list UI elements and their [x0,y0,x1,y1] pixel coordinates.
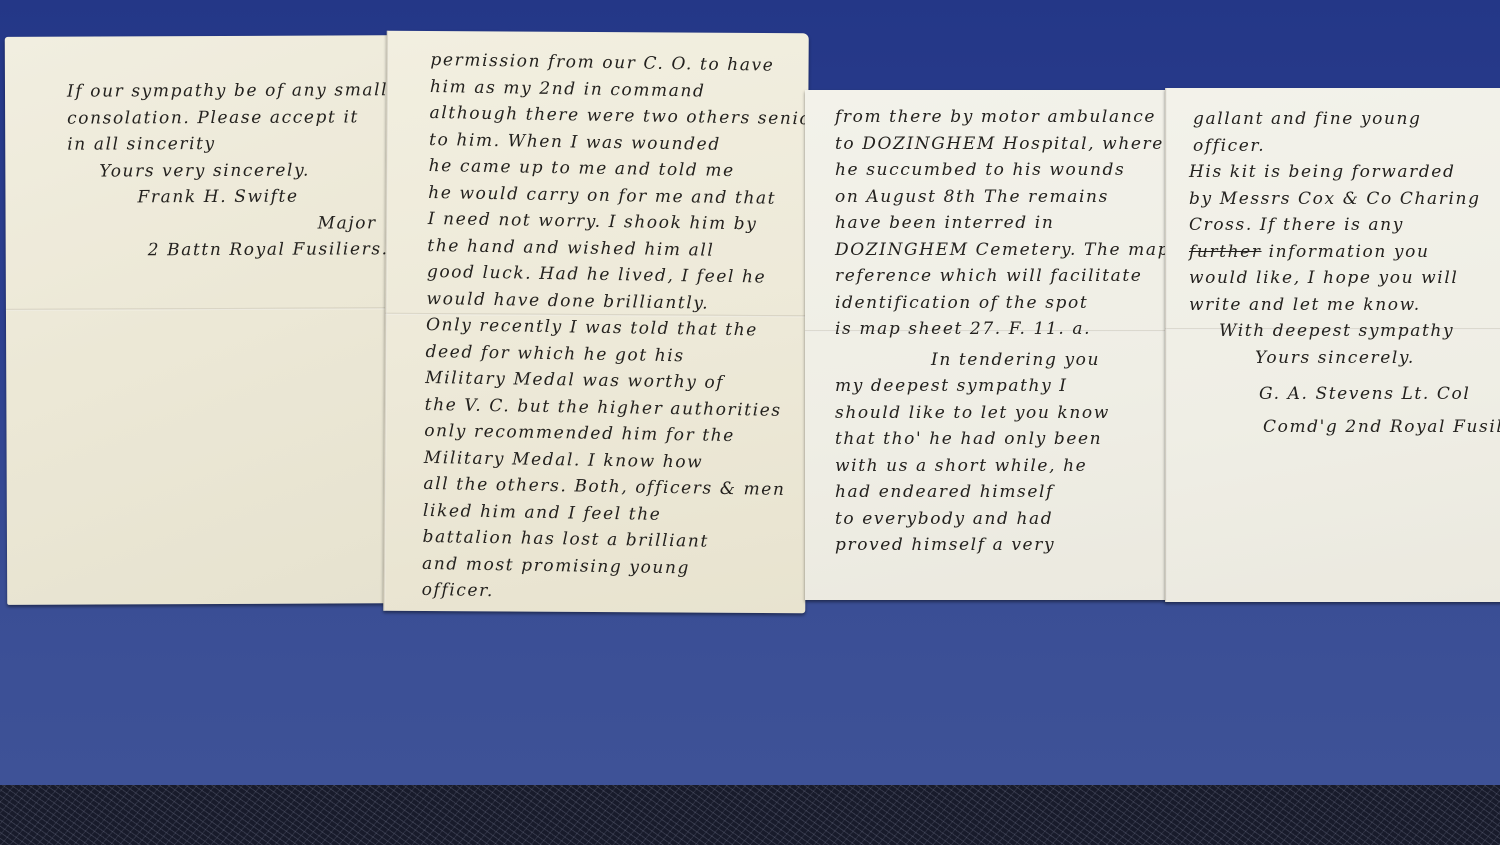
signatory-unit: Comd'g 2nd Royal Fusiliers [1189,414,1500,441]
struck-out-word: further [1189,242,1262,262]
letter1-page1-text: If our sympathy be of any small consolat… [67,77,389,264]
text-line: he succumbed to his wounds [835,157,1170,184]
text-line: If our sympathy be of any small [67,77,388,105]
signatory-unit: 2 Battn Royal Fusiliers. [68,236,389,264]
text-line: to everybody and had [835,506,1170,533]
closing-line: With deepest sympathy [1189,318,1500,345]
text-line: that tho' he had only been [835,426,1170,453]
text-line: proved himself a very [835,532,1170,559]
letter1-page1: If our sympathy be of any small consolat… [5,35,425,605]
text-line: write and let me know. [1189,292,1500,319]
text-line: In tendering you [835,347,1170,374]
text-line: is map sheet 27. F. 11. a. [835,316,1170,343]
text-line: should like to let you know [835,400,1170,427]
text-line: by Messrs Cox & Co Charing [1189,186,1500,213]
text-line: Cross. If there is any [1189,212,1500,239]
letter1-page2: permission from our C. O. to have him as… [383,31,809,614]
text-line: further information you [1189,239,1500,266]
letter1-page2-text: permission from our C. O. to have him as… [421,47,822,610]
letter2-page2: gallant and fine young officer. His kit … [1165,88,1500,602]
text-line: in all sincerity [67,130,388,158]
text-line: have been interred in [835,210,1170,237]
text-line: would like, I hope you will [1189,265,1500,292]
vertical-fold-crease [1165,88,1167,602]
text-line: officer. [421,577,813,610]
letter2-page2-text: gallant and fine young officer. His kit … [1189,106,1500,440]
signature: G. A. Stevens Lt. Col [1189,381,1500,408]
text-line: DOZINGHEM Cemetery. The map [835,237,1170,264]
text-fragment: information you [1269,242,1430,262]
text-line: reference which will facilitate [835,263,1170,290]
text-line: gallant and fine young [1189,106,1500,133]
letter2-page1: from there by motor ambulance to DOZINGH… [805,90,1167,600]
text-line: had endeared himself [835,479,1170,506]
text-line: identification of the spot [835,290,1170,317]
text-line: consolation. Please accept it [67,104,388,132]
signature: Frank H. Swifte [67,183,388,211]
text-line: from there by motor ambulance [835,104,1170,131]
carpet-surface [0,785,1500,845]
text-line: with us a short while, he [835,453,1170,480]
signatory-rank: Major [68,210,389,238]
text-line: my deepest sympathy I [835,373,1170,400]
text-line: to DOZINGHEM Hospital, where [835,131,1170,158]
letter2-page1-text: from there by motor ambulance to DOZINGH… [835,104,1170,559]
horizontal-fold-crease [6,307,424,311]
text-line: His kit is being forwarded [1189,159,1500,186]
closing-line: Yours sincerely. [1189,345,1500,372]
text-line: on August 8th The remains [835,184,1170,211]
closing-line: Yours very sincerely. [67,157,388,185]
text-line: officer. [1189,133,1500,160]
